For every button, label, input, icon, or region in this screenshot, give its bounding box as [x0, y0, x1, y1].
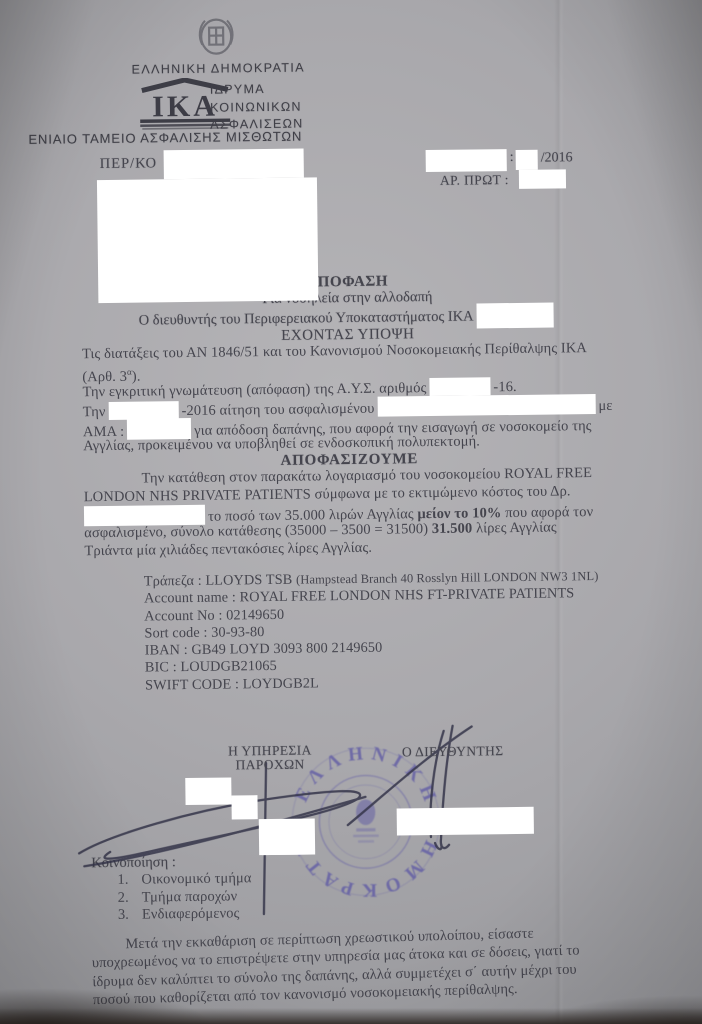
redaction-box — [516, 150, 538, 170]
bank-text: BIC : LOUDGB21065 — [145, 658, 277, 676]
redaction-box — [377, 394, 595, 417]
header-republic: ΕΛΛΗΝΙΚΗ ΔΗΜΟΚΡΑΤΙΑ — [131, 61, 305, 77]
ika-decision-document: ΕΛΛΗΝΙΚΗ ΔΗΜΟΚΡΑΤΙΑ ΙΚΑ ΙΔΡΥΜΑ ΚΟΙΝΩΝΙΚΩ… — [0, 0, 702, 1024]
redaction-box — [262, 841, 312, 856]
date-year: /2016 — [541, 150, 573, 166]
bank-text: Sort code : 30-93-80 — [144, 624, 264, 641]
redaction-box — [231, 795, 257, 819]
redaction-box — [97, 177, 318, 303]
protocol-number-label: ΑΡ. ΠΡΩΤ : — [440, 172, 509, 189]
redaction-box — [397, 807, 534, 836]
redaction-box — [84, 505, 205, 526]
org-line-1: ΙΔΡΥΜΑ — [210, 81, 303, 100]
department-label: ΠΕΡ/ΚΟ — [100, 155, 158, 173]
redaction-box — [426, 149, 507, 172]
ika-logo-text: ΙΚΑ — [152, 90, 218, 124]
greek-state-emblem-icon — [193, 14, 240, 59]
redaction-box — [127, 418, 191, 440]
date-colon: : — [510, 150, 514, 166]
director-label: Ο ΔΙΕΥΘΥΝΤΗΣ — [402, 743, 504, 760]
considerations-paragraphs: Τις διατάξεις του ΑΝ 1846/51 και του Καν… — [82, 338, 668, 455]
header-fund-line: ΕΝΙΑΙΟ ΤΑΜΕΙΟ ΑΣΦΑΛΙΣΗΣ ΜΙΣΘΩΤΩΝ — [28, 129, 302, 147]
org-line-2: ΚΟΙΝΩΝΙΚΩΝ — [210, 98, 303, 117]
header-org-lines: ΙΔΡΥΜΑ ΚΟΙΝΩΝΙΚΩΝ ΑΣΦΑΛΙΣΕΩΝ — [210, 81, 304, 135]
document-photo: ΕΛΛΗΝΙΚΗ ΔΗΜΟΚΡΑΤΙΑ ΙΚΑ ΙΔΡΥΜΑ ΚΟΙΝΩΝΙΚΩ… — [0, 0, 702, 1024]
consideration-text: με — [598, 398, 612, 414]
bank-text: Account No : 02149650 — [144, 606, 284, 624]
bank-text: Τράπεζα : LLOYDS TSB — [144, 572, 296, 590]
redaction-box — [185, 777, 231, 805]
consideration-text: Την — [83, 404, 106, 420]
bank-details: Τράπεζα : LLOYDS TSB (Hampstead Branch 4… — [144, 567, 600, 694]
decision-text: Τριάντα μία χιλιάδες πεντακόσιες λίρες Α… — [84, 540, 372, 560]
consideration-text: -16. — [493, 379, 517, 395]
redaction-box — [164, 149, 304, 180]
bank-text: SWIFT CODE : LOYDGB2L — [145, 675, 319, 693]
benefits-service-line2: ΠΑΡΟΧΩΝ — [225, 757, 315, 772]
decision-text: λίρες Αγγλίας — [472, 519, 557, 536]
redaction-box — [476, 303, 553, 329]
decision-text-bold: 31.500 — [432, 521, 473, 537]
decision-paragraph: Την κατάθεση στον παρακάτω λογαριασμό το… — [83, 463, 669, 560]
redaction-box — [429, 377, 490, 396]
redaction-box — [519, 169, 566, 189]
bank-text: IBAN : GB49 LOYD 3093 800 2149650 — [145, 640, 383, 659]
benefits-service-label: Η ΥΠΗΡΕΣΙΑ ΠΑΡΟΧΩΝ — [225, 743, 315, 771]
